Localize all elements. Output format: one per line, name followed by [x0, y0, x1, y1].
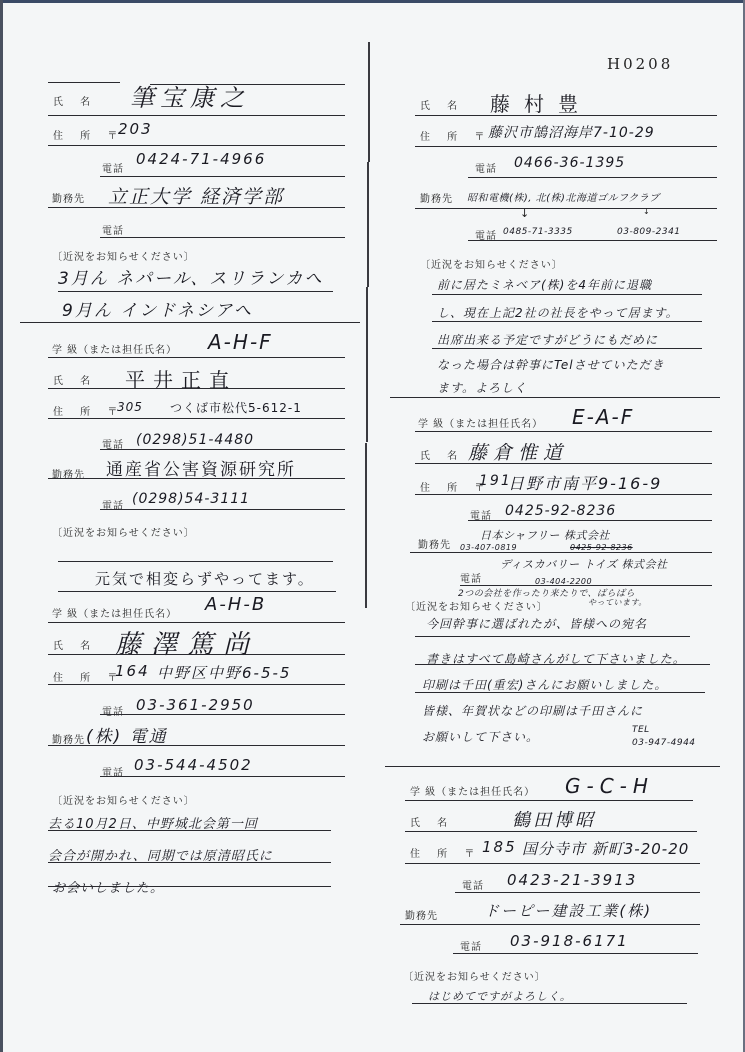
work-phone-label: 電話: [102, 222, 124, 237]
class-label: 学 級（または担任氏名）: [410, 783, 535, 798]
phone-label: 電話: [462, 877, 484, 892]
address-label: 住 所 〒: [53, 403, 124, 418]
form-rule-line: [58, 591, 336, 592]
workplace-label: 勤務先: [405, 907, 438, 922]
form-rule-line: [48, 418, 345, 419]
form-rule-line: [100, 776, 345, 777]
form-rule-line: [415, 208, 717, 209]
work-phone-value-2: 03-809-2341: [617, 227, 681, 237]
news-line: 印刷は千田(重宏)さんにお願いしました。: [422, 676, 667, 693]
class-label: 学 級（または担任氏名）: [52, 605, 177, 620]
form-rule-line: [48, 207, 345, 208]
scan-edge-top: [0, 0, 745, 3]
arrow-down-icon: ↓: [520, 207, 529, 220]
postal-value: 164: [115, 662, 150, 680]
column-divider: [366, 287, 368, 442]
form-rule-line: [415, 146, 717, 147]
form-rule-line: [48, 622, 345, 623]
class-value: A-H-F: [208, 330, 273, 354]
phone-value: (0298)51-4480: [136, 432, 254, 448]
form-rule-line: [100, 509, 345, 510]
news-line: お願いして下さい。: [422, 728, 539, 745]
workplace-value: (株) 電通: [86, 722, 168, 747]
phone-value: 0424-71-4966: [136, 150, 266, 168]
class-value: G-C-H: [565, 774, 654, 798]
column-divider: [368, 42, 370, 162]
workplace-value: 立正大学 経済学部: [108, 182, 284, 209]
class-label: 学 級（または担任氏名）: [418, 415, 543, 430]
form-rule-line: [100, 714, 345, 715]
news-label: 〔近況をお知らせください〕: [405, 598, 548, 613]
form-rule-line: [432, 348, 702, 349]
column-divider: [365, 443, 367, 608]
form-rule-line: [390, 397, 720, 398]
form-rule-line: [48, 654, 345, 655]
news-line: 元気で相変らずやってます。: [95, 568, 315, 589]
arrow-down-icon: ↓: [643, 207, 650, 216]
postal-value: 203: [118, 120, 153, 138]
address-label: 住 所 〒: [53, 669, 124, 684]
form-rule-line: [48, 145, 345, 146]
phone-value: 03-361-2950: [136, 696, 255, 714]
form-rule-line: [415, 431, 712, 432]
tel-value: 03-947-4944: [632, 738, 696, 748]
form-rule-line: [453, 953, 698, 954]
form-rule-line: [48, 684, 345, 685]
news-line: 3月ん ネパール、スリランカへ: [58, 264, 323, 289]
scan-edge-left: [0, 0, 3, 1052]
news-label: 〔近況をお知らせください〕: [52, 792, 195, 807]
address-label: 住 所 〒: [410, 845, 481, 860]
address-value: 国分寺市 新町3-20-20: [522, 838, 689, 859]
workplace-label: 勤務先: [420, 190, 453, 205]
address-label: 住 所 〒: [420, 128, 491, 143]
workplace-value: 日本シャフリー 株式会社: [480, 527, 610, 543]
news-line: はじめてですがよろしく。: [428, 988, 572, 1004]
form-rule-line: [415, 692, 705, 693]
address-label: 住 所 〒: [53, 127, 124, 142]
name-label: 氏 名: [53, 372, 97, 387]
form-rule-line: [58, 561, 333, 562]
name-value: 鶴田博昭: [512, 806, 596, 832]
form-rule-line: [48, 745, 345, 746]
side-note: やっています。: [588, 597, 647, 608]
form-rule-line: [48, 357, 345, 358]
form-rule-line: [468, 240, 717, 241]
form-rule-line: [468, 177, 717, 178]
form-rule-line: [48, 862, 331, 863]
form-rule-line: [58, 291, 333, 292]
struck-phone-value: 0425-92-8236: [570, 543, 633, 552]
name-value: 藤倉惟道: [468, 438, 568, 465]
news-label: 〔近況をお知らせください〕: [52, 524, 195, 539]
workplace-value: 昭和電機(株), 北(株)北海道ゴルフクラブ: [467, 189, 660, 204]
form-rule-line: [432, 321, 702, 322]
form-rule-line: [455, 892, 700, 893]
news-line: ます。よろしく: [437, 379, 527, 396]
name-label: 氏 名: [53, 637, 97, 652]
work-phone-value: (0298)54-3111: [132, 491, 250, 507]
name-label: 氏 名: [53, 93, 97, 108]
name-label: 氏 名: [420, 447, 464, 462]
name-value: 藤澤篤尚: [115, 624, 259, 661]
form-rule-line: [405, 863, 700, 864]
news-line: なった場合は幹事にTelさせていただき: [437, 356, 665, 373]
phone-value: 0425-92-8236: [505, 503, 616, 519]
workplace-value: ドーピー建設工業(株): [484, 900, 652, 921]
news-line: 出席出来る予定ですがどうにもだめに: [437, 331, 658, 348]
form-rule-line: [415, 664, 710, 665]
work-phone-value: 03-407-0819: [460, 543, 517, 552]
workplace-value-2: ディスカバリー トイズ 株式会社: [500, 556, 667, 572]
form-rule-line: [410, 552, 712, 553]
work-phone-label: 電話: [460, 938, 482, 953]
form-rule-line: [405, 800, 693, 801]
phone-label: 電話: [102, 160, 124, 175]
form-rule-line: [400, 924, 700, 925]
workplace-value: 通産省公害資源研究所: [106, 455, 296, 480]
news-label: 〔近況をお知らせください〕: [52, 248, 195, 263]
name-label: 氏 名: [410, 814, 454, 829]
news-label: 〔近況をお知らせください〕: [403, 968, 546, 983]
form-rule-line: [48, 830, 331, 831]
name-value: 藤村豊: [490, 88, 592, 117]
form-rule-line: [20, 322, 360, 323]
column-divider: [367, 162, 369, 287]
news-line: し、現在上記2社の社長をやって居ます。: [437, 304, 679, 321]
class-value: A-H-B: [205, 594, 266, 615]
tel-label: TEL: [632, 725, 650, 735]
phone-label: 電話: [475, 160, 497, 175]
form-rule-line: [415, 115, 717, 116]
form-rule-line: [385, 766, 720, 767]
address-value: 藤沢市鵠沼海岸7-10-29: [488, 122, 655, 142]
news-line: 今回幹事に選ばれたが、皆様への宛名: [426, 615, 647, 632]
phone-label: 電話: [102, 703, 124, 718]
work-phone-value: 0485-71-3335: [503, 227, 573, 237]
news-label: 〔近況をお知らせください〕: [420, 256, 563, 271]
form-rule-line: [100, 237, 345, 238]
form-rule-line: [48, 388, 345, 389]
news-line: 9月ん インドネシアへ: [62, 296, 253, 321]
address-value: 日野市南平9-16-9: [508, 471, 662, 494]
postal-value: 305: [117, 400, 143, 414]
work-phone-label: 電話: [460, 570, 482, 585]
form-rule-line: [415, 636, 690, 637]
postal-value: 191: [479, 473, 512, 489]
form-rule-line: [48, 115, 345, 116]
phone-value: 0423-21-3913: [507, 871, 637, 889]
address-value: 中野区中野6-5-5: [157, 662, 291, 683]
class-label: 学 級（または担任氏名）: [52, 341, 177, 356]
workplace-label: 勤務先: [52, 731, 85, 746]
form-rule-line: [468, 520, 712, 521]
workplace-label: 勤務先: [52, 190, 85, 205]
name-value: 筆宝康之: [130, 78, 250, 113]
workplace-label: 勤務先: [418, 536, 451, 551]
form-rule-line: [48, 886, 331, 887]
form-rule-line: [412, 1003, 687, 1004]
phone-value: 0466-36-1395: [514, 155, 625, 171]
form-rule-line: [415, 494, 712, 495]
form-rule-line: [100, 449, 345, 450]
form-rule-line: [48, 82, 120, 83]
class-value: E-A-F: [572, 405, 634, 429]
form-rule-line: [100, 176, 345, 177]
document-id: H0208: [607, 55, 673, 73]
form-rule-line: [415, 463, 712, 464]
name-label: 氏 名: [420, 97, 464, 112]
work-phone-value: 03-918-6171: [510, 932, 629, 950]
form-rule-line: [432, 294, 702, 295]
form-rule-line: [48, 478, 345, 479]
news-line: 前に居たミネベア(株)を4年前に退職: [437, 276, 652, 293]
postal-value: 185: [482, 838, 517, 856]
work-phone-value: 03-544-4502: [134, 756, 253, 774]
address-value: つくば市松代5-612-1: [170, 399, 302, 416]
news-line: 皆様、年賀状などの印刷は千田さんに: [422, 702, 643, 719]
form-rule-line: [405, 831, 697, 832]
